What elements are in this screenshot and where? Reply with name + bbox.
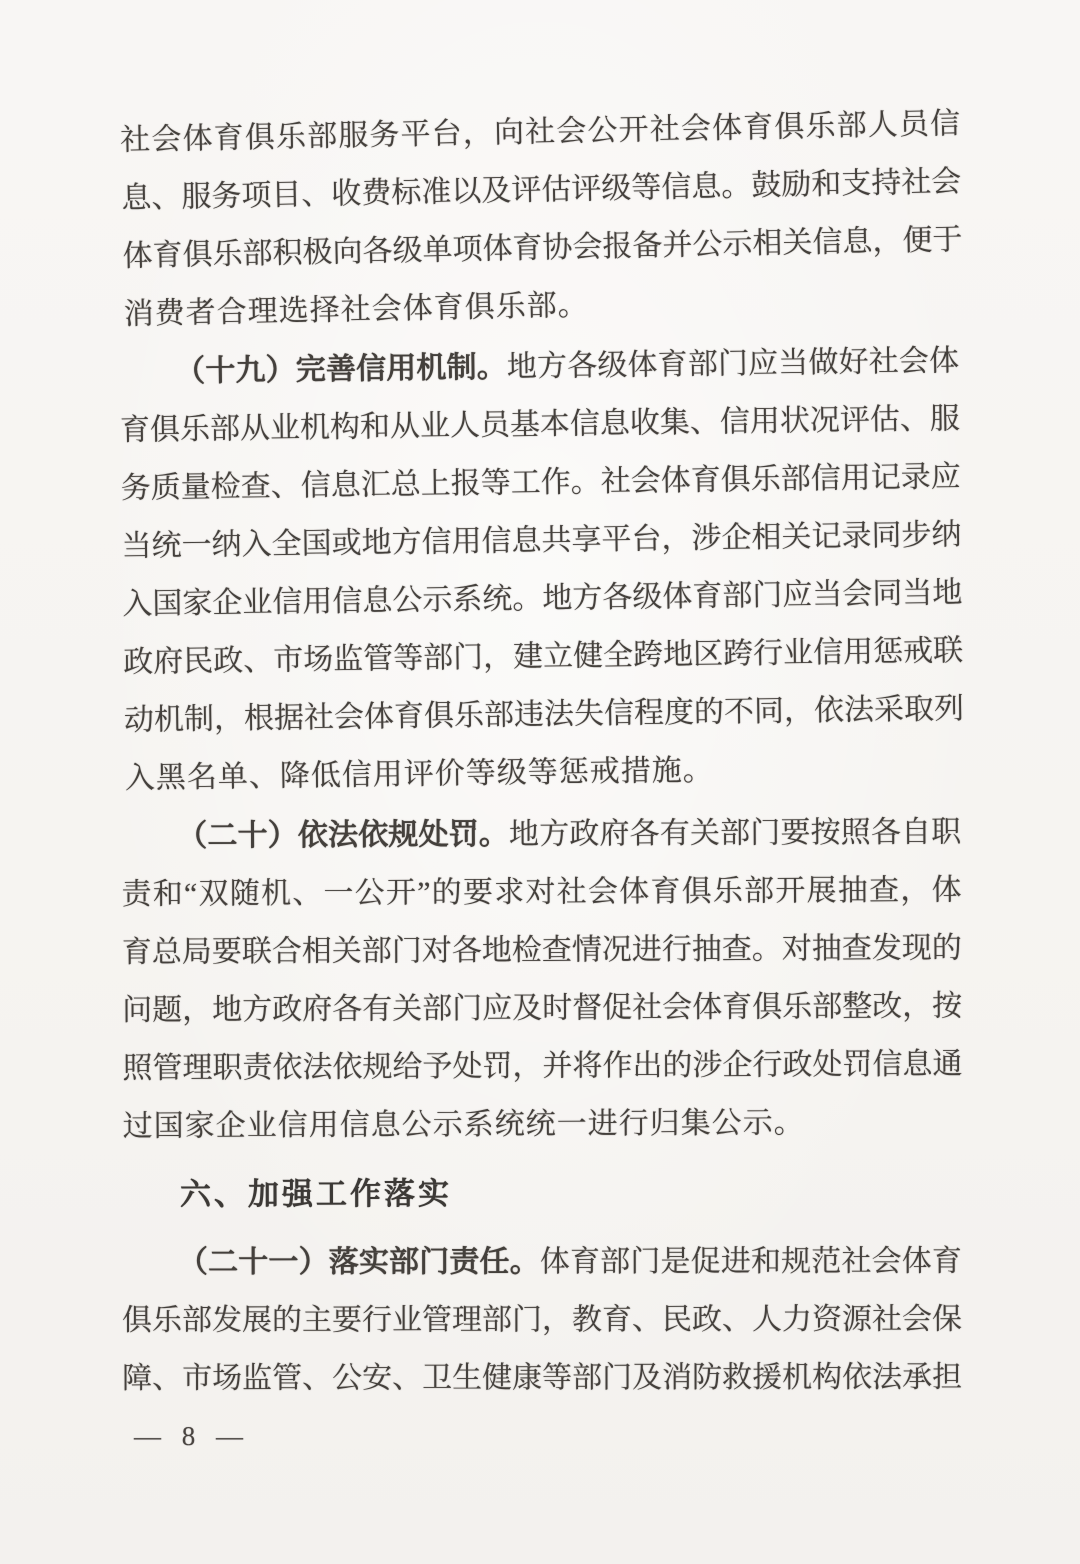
clause-20-text: 地方政府各有关部门要按照各自职 bbox=[509, 816, 961, 851]
document-page: 社会体育俱乐部服务平台，向社会公开社会体育俱乐部人员信 息、服务项目、收费标准以… bbox=[0, 0, 1080, 1564]
paragraph-clause-19: （十九）完善信用机制。地方各级体育部门应当做好社会体 育俱乐部从业机构和从业人员… bbox=[119, 332, 965, 808]
text-line: 障、市场监管、公安、卫生健康等部门及消防救援机构依法承担 bbox=[122, 1349, 962, 1408]
clause-21-text: 体育部门是促进和规范社会体育 bbox=[540, 1245, 962, 1279]
paragraph-clause-20: （二十）依法依规处罚。地方政府各有关部门要按照各自职 责和“双随机、一公开”的要… bbox=[121, 804, 963, 1156]
paragraph-clause-21: （二十一）落实部门责任。体育部门是促进和规范社会体育 俱乐部发展的主要行业管理部… bbox=[122, 1233, 962, 1408]
text-line: 照管理职责依法依规给予处罚，并将作出的涉企行政处罚信息通 bbox=[122, 1036, 962, 1098]
text-line: （二十一）落实部门责任。体育部门是促进和规范社会体育 bbox=[122, 1233, 962, 1292]
text-line: 责和“双随机、一公开”的要求对社会体育俱乐部开展抽查，体 bbox=[121, 862, 961, 924]
text-line: 入黑名单、降低信用评价等级等惩戒措施。 bbox=[124, 738, 965, 808]
clause-19-lead: （十九）完善信用机制。 bbox=[175, 351, 507, 389]
page-number: — 8 — bbox=[134, 1416, 962, 1456]
text-line: 过国家企业信用信息公示系统统一进行归集公示。 bbox=[123, 1094, 963, 1156]
section-heading: 六、加强工作落实 bbox=[122, 1163, 962, 1224]
text-line: （二十）依法依规处罚。地方政府各有关部门要按照各自职 bbox=[121, 804, 961, 866]
clause-20-lead: （二十）依法依规处罚。 bbox=[177, 818, 509, 853]
clause-19-text: 地方各级体育部门应当做好社会体 bbox=[507, 344, 960, 383]
clause-21-lead: （二十一）落实部门责任。 bbox=[178, 1245, 540, 1279]
text-line: 俱乐部发展的主要行业管理部门，教育、民政、人力资源社会保 bbox=[122, 1291, 962, 1350]
paragraph-continuation: 社会体育俱乐部服务平台，向社会公开社会体育俱乐部人员信 息、服务项目、收费标准以… bbox=[120, 95, 964, 344]
text-line: 育总局要联合相关部门对各地检查情况进行抽查。对抽查发现的 bbox=[122, 920, 962, 982]
text-line: 动机制，根据社会体育俱乐部违法失信程度的不同，依法采取列 bbox=[124, 680, 965, 750]
text-line: 问题，地方政府各有关部门应及时督促社会体育俱乐部整改，按 bbox=[122, 978, 962, 1040]
